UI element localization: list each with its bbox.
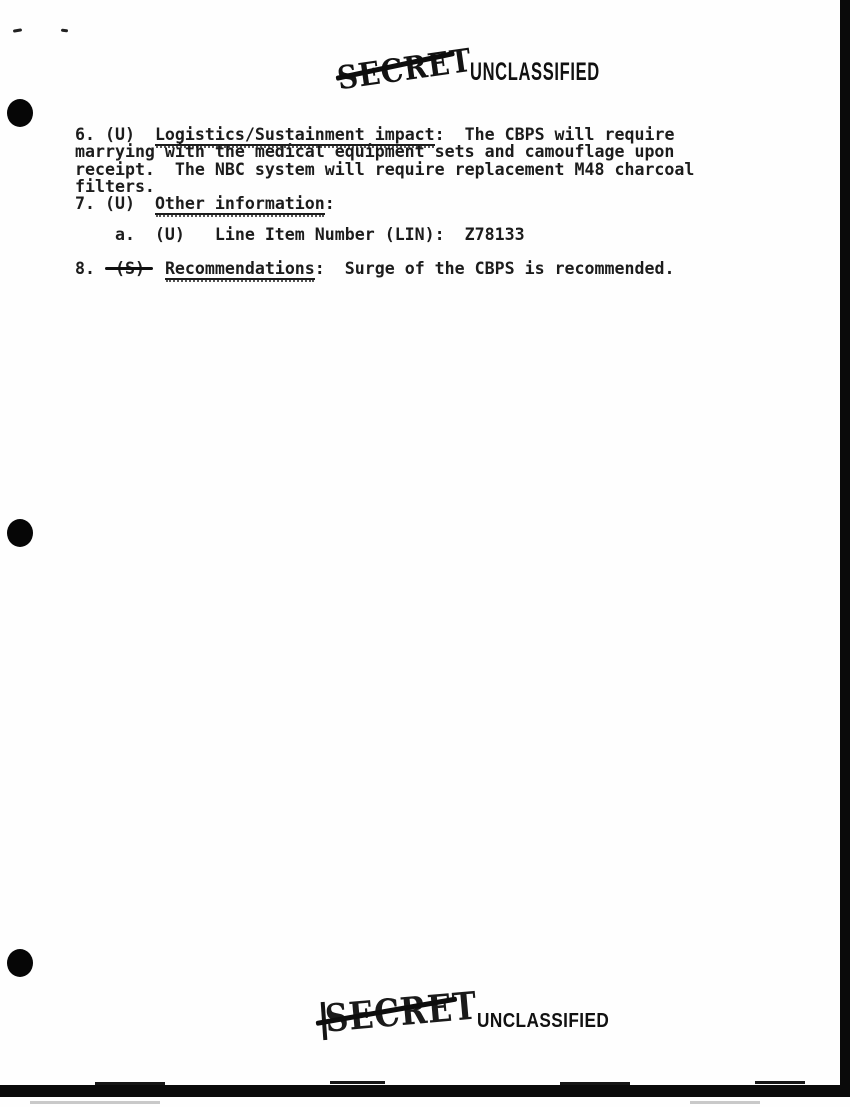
- item7-heading: Other information: [155, 194, 325, 215]
- paragraph-8-line: 8. (S) Recommendations: Surge of the CBP…: [75, 260, 674, 277]
- scan-noise-ghost-1: [30, 1101, 160, 1104]
- document-page: SECRET UNCLASSIFIED 6. (U) Logistics/Sus…: [0, 0, 850, 1107]
- item7-suffix: :: [325, 194, 335, 213]
- pen-mark-1: [13, 28, 22, 33]
- hole-punch-bottom: [7, 949, 33, 977]
- unclassified-text-footer: UNCLASSIFIED: [477, 1011, 609, 1031]
- scan-edge-bottom: [0, 1085, 850, 1097]
- secret-stamp-text-footer: SECRET: [323, 985, 479, 1040]
- paragraph-6-line-3: receipt. The NBC system will require rep…: [75, 161, 694, 178]
- paragraph-6-line-1: 6. (U) Logistics/Sustainment impact: The…: [75, 126, 674, 143]
- scan-edge-right: [840, 0, 850, 1086]
- hole-punch-top: [7, 99, 33, 127]
- secret-stamp-footer: SECRET: [323, 986, 458, 1039]
- paragraph-7-line: 7. (U) Other information:: [75, 195, 335, 212]
- item8-rest: : Surge of the CBPS is recommended.: [315, 259, 675, 278]
- scan-noise-dash-4: [755, 1081, 805, 1084]
- scan-noise-ghost-2: [690, 1101, 760, 1104]
- paragraph-6-line-4: filters.: [75, 178, 155, 195]
- paragraph-6-line-2: marrying with the medical equipment sets…: [75, 143, 674, 160]
- unclassified-label-header: UNCLASSIFIED: [470, 60, 667, 85]
- item7-prefix: 7. (U): [75, 194, 155, 213]
- pen-mark-2: [61, 29, 68, 33]
- paragraph-7a-line: a. (U) Line Item Number (LIN): Z78133: [75, 226, 525, 243]
- scan-noise-dash-3: [560, 1082, 630, 1085]
- secret-stamp-header: SECRET: [335, 44, 461, 97]
- scan-noise-dash-2: [330, 1081, 385, 1084]
- item8-heading: Recommendations: [165, 259, 315, 280]
- unclassified-label-footer: UNCLASSIFIED: [477, 1011, 631, 1032]
- item8-redacted-classification-marking: (S): [115, 259, 145, 278]
- hole-punch-middle: [7, 519, 33, 547]
- secret-stamp-text: SECRET: [335, 42, 474, 96]
- scan-noise-dash-1: [95, 1082, 165, 1085]
- unclassified-text: UNCLASSIFIED: [470, 60, 600, 85]
